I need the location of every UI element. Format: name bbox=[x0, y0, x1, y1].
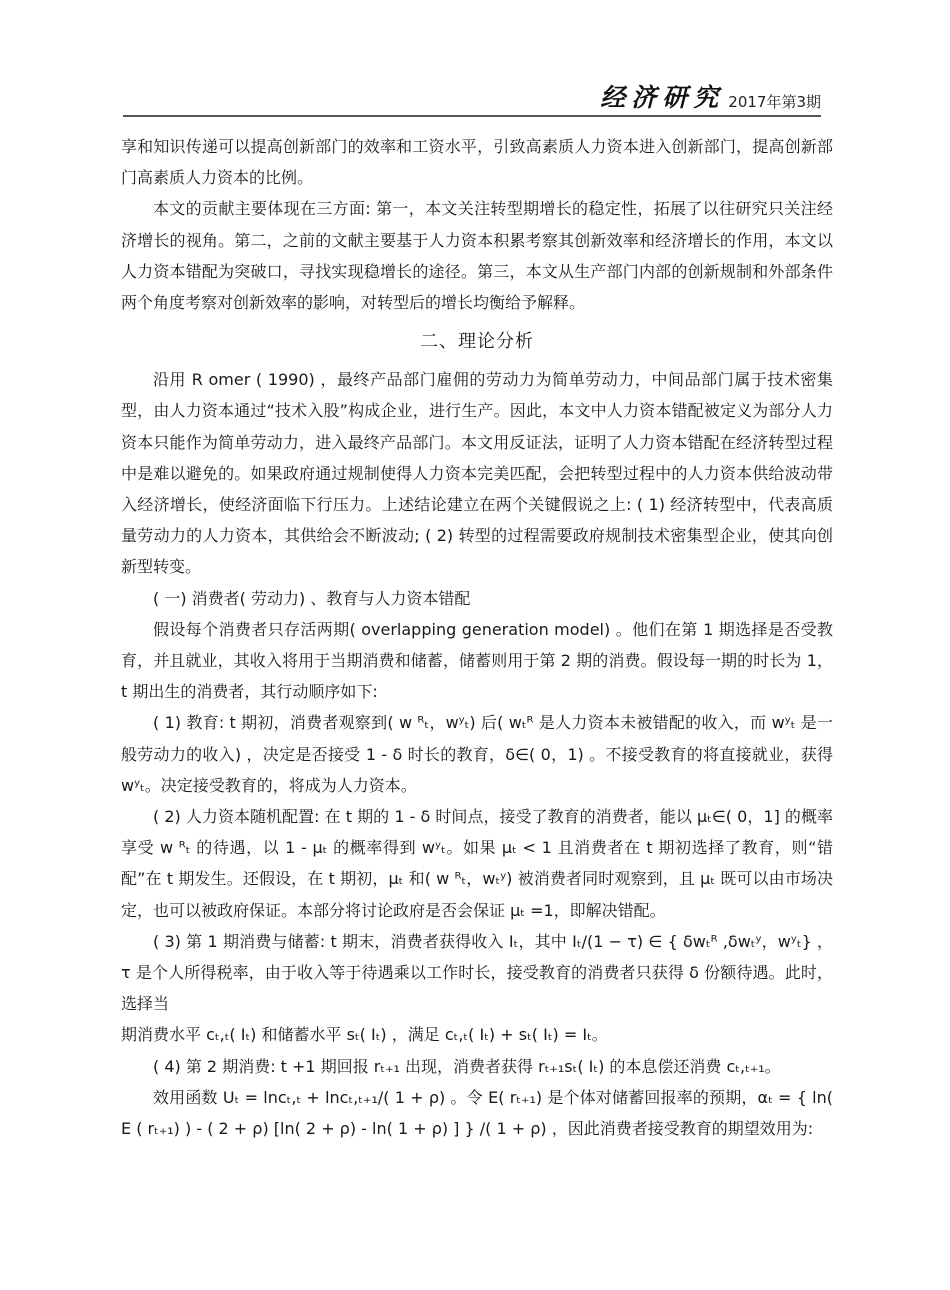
subsection-title: ( 一) 消费者( 劳动力) 、教育与人力资本错配 bbox=[121, 583, 833, 614]
list-item-second-period: ( 4) 第 2 期消费: t +1 期回报 rₜ₊₁ 出现，消费者获得 rₜ₊… bbox=[121, 1051, 833, 1082]
issue-label: 2017年第3期 bbox=[728, 92, 821, 112]
paragraph-assumption: 假设每个消费者只存活两期( overlapping generation mod… bbox=[121, 614, 833, 708]
paragraph-contributions: 本文的贡献主要体现在三方面: 第一，本文关注转型期增长的稳定性，拓展了以往研究只… bbox=[121, 193, 833, 318]
paragraph-utility: 效用函数 Uₜ = lncₜ,ₜ + lncₜ,ₜ₊₁/( 1 + ρ) 。令 … bbox=[121, 1082, 833, 1144]
running-header: 经济研究 2017年第3期 bbox=[123, 86, 821, 116]
header-right: 经济研究 2017年第3期 bbox=[600, 84, 821, 112]
list-item-allocation: ( 2) 人力资本随机配置: 在 t 期的 1 - δ 时间点，接受了教育的消费… bbox=[121, 801, 833, 926]
list-item-consumption-saving: ( 3) 第 1 期消费与储蓄: t 期末，消费者获得收入 Iₜ，其中 Iₜ/(… bbox=[121, 926, 833, 1020]
journal-logo: 经济研究 bbox=[600, 84, 724, 112]
page-body: 享和知识传递可以提高创新部门的效率和工资水平，引致高素质人力资本进入创新部门，提… bbox=[121, 131, 833, 1144]
list-item-consumption-saving-cont: 期消费水平 cₜ,ₜ( Iₜ) 和储蓄水平 sₜ( Iₜ) ，满足 cₜ,ₜ( … bbox=[121, 1019, 833, 1050]
header-rule bbox=[123, 115, 821, 117]
section-title: 二、理论分析 bbox=[121, 327, 833, 357]
paragraph-1: 享和知识传递可以提高创新部门的效率和工资水平，引致高素质人力资本进入创新部门，提… bbox=[121, 131, 833, 193]
paragraph-theory: 沿用 R omer ( 1990) ，最终产品部门雇佣的劳动力为简单劳动力，中间… bbox=[121, 364, 833, 582]
list-item-education: ( 1) 教育: t 期初，消费者观察到( w ᴿₜ，wʸₜ) 后( wₜᴿ 是… bbox=[121, 707, 833, 801]
